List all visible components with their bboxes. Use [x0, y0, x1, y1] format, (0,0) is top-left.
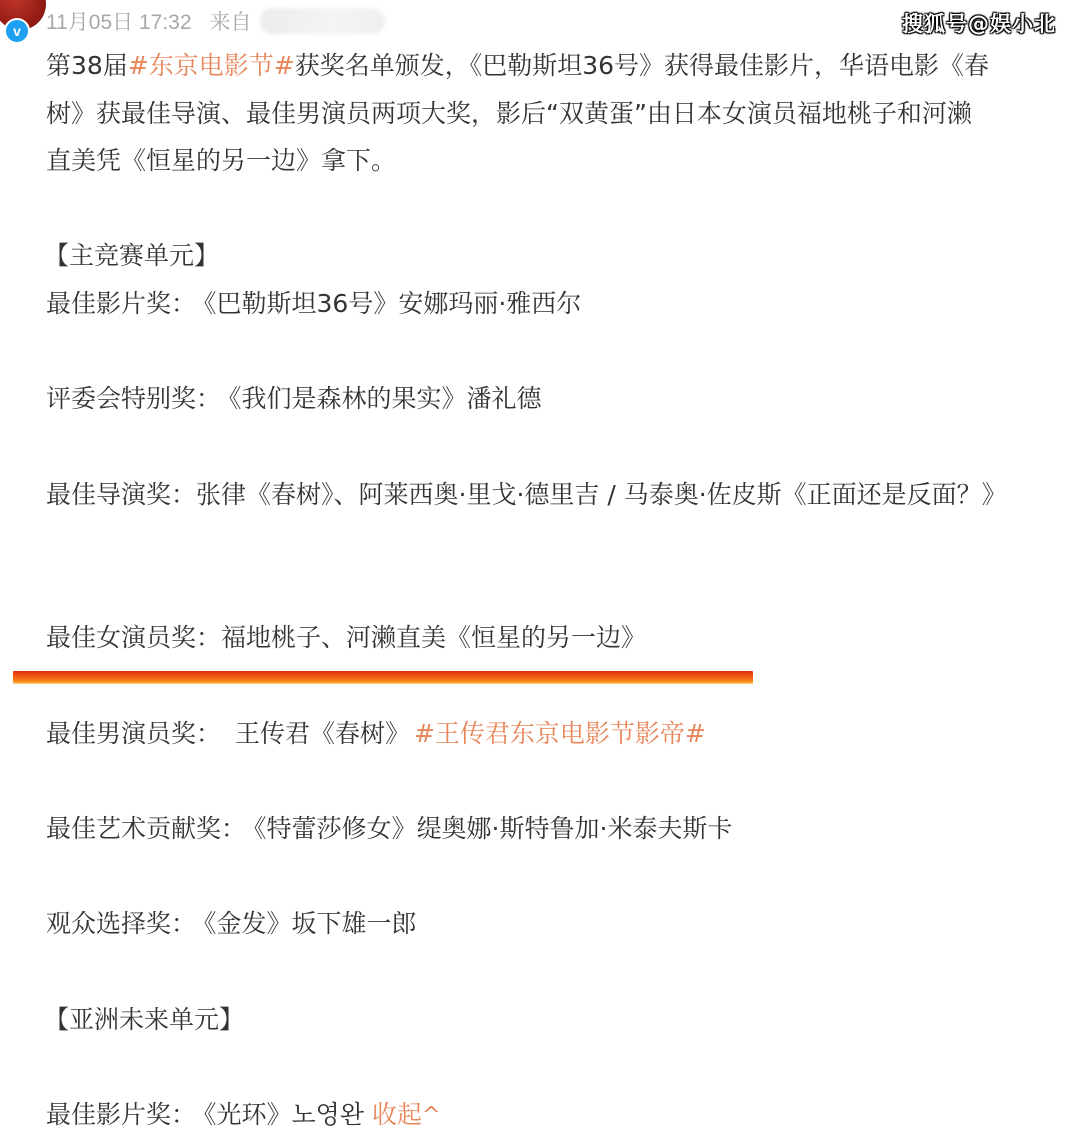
- award-label: 评委会特别奖：: [46, 384, 221, 413]
- award-value: 《光环》노영완: [204, 1100, 364, 1129]
- collapse-label: 收起: [372, 1100, 422, 1129]
- post-meta: 11月05日 17:32 来自: [46, 6, 385, 36]
- award-label: 最佳影片奖：: [46, 1100, 196, 1129]
- intro-text: 获奖名单颁发，《巴勒斯坦36号》获得最佳影片，华语电影《春: [295, 51, 989, 80]
- section-title-main-competition: 【主竞赛单元】: [44, 232, 219, 279]
- award-value: 《特蕾莎修女》缇奥娜·斯特鲁加·米泰夫斯卡: [254, 814, 732, 843]
- watermark: 搜狐号@娱小北: [902, 8, 1056, 38]
- award-label: 最佳男演员奖：: [46, 719, 221, 748]
- post-intro: 第38届#东京电影节#获奖名单颁发，《巴勒斯坦36号》获得最佳影片，华语电影《春…: [46, 42, 1076, 185]
- award-row: 最佳女演员奖：福地桃子、河濑直美《恒星的另一边》: [46, 614, 646, 661]
- source-prefix: 来自: [210, 6, 252, 36]
- award-row: 最佳影片奖：《光环》노영완收起^: [46, 1091, 440, 1137]
- post-timestamp: 11月05日 17:32: [46, 6, 192, 36]
- award-row: 最佳导演奖：张律《春树》、阿莱西奥·里戈·德里吉 / 马泰奥·佐皮斯《正面还是反…: [46, 471, 1056, 518]
- award-label: 最佳导演奖：: [46, 480, 196, 509]
- award-row: 观众选择奖：《金发》坂下雄一郎: [46, 900, 417, 947]
- intro-line-2: 树》获最佳导演、最佳男演员两项大奖，影后“双黄蛋”由日本女演员福地桃子和河濑: [46, 90, 1076, 138]
- collapse-button[interactable]: 收起^: [372, 1100, 440, 1129]
- award-row: 最佳艺术贡献奖：《特蕾莎修女》缇奥娜·斯特鲁加·米泰夫斯卡: [46, 805, 732, 852]
- topic-link-best-actor[interactable]: #王传君东京电影节影帝#: [414, 719, 706, 748]
- award-row: 最佳男演员奖： 王传君《春树》#王传君东京电影节影帝#: [46, 710, 706, 757]
- award-value: 《巴勒斯坦36号》安娜玛丽·雅西尔: [204, 289, 581, 318]
- blurred-source-name: [260, 8, 385, 34]
- section-title-asian-future: 【亚洲未来单元】: [44, 996, 244, 1043]
- award-value: 《我们是森林的果实》潘礼德: [229, 384, 542, 413]
- highlight-underline-bar: [13, 671, 753, 684]
- award-value: 张律《春树》、阿莱西奥·里戈·德里吉 / 马泰奥·佐皮斯《正面还是反面？》: [196, 480, 1007, 509]
- award-value: 王传君《春树》: [227, 719, 410, 748]
- award-label: 观众选择奖：: [46, 909, 196, 938]
- intro-line-3: 直美凭《恒星的另一边》拿下。: [46, 137, 1076, 185]
- intro-line-1: 第38届#东京电影节#获奖名单颁发，《巴勒斯坦36号》获得最佳影片，华语电影《春: [46, 42, 1076, 90]
- topic-link-tiff[interactable]: #东京电影节#: [128, 51, 295, 80]
- award-row: 评委会特别奖：《我们是森林的果实》潘礼德: [46, 375, 542, 422]
- award-value: 《金发》坂下雄一郎: [204, 909, 417, 938]
- award-row: 最佳影片奖：《巴勒斯坦36号》安娜玛丽·雅西尔: [46, 280, 581, 327]
- award-label: 最佳艺术贡献奖：: [46, 814, 246, 843]
- intro-text: 第38届: [46, 51, 128, 80]
- award-label: 最佳影片奖：: [46, 289, 196, 318]
- verified-badge-icon: v: [4, 18, 30, 44]
- award-value: 福地桃子、河濑直美《恒星的另一边》: [221, 623, 646, 652]
- chevron-up-icon: ^: [422, 1092, 440, 1137]
- award-label: 最佳女演员奖：: [46, 623, 221, 652]
